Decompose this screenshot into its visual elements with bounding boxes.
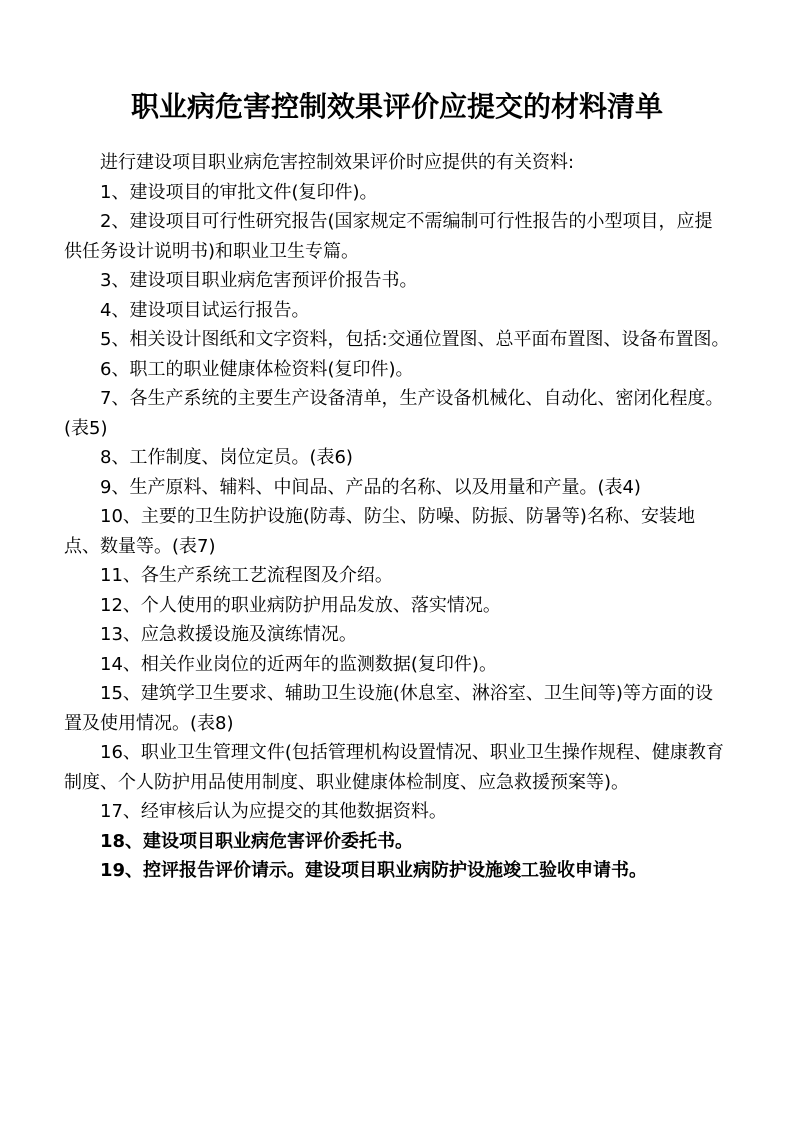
intro-paragraph: 进行建设项目职业病危害控制效果评价时应提供的有关资料: — [64, 148, 730, 178]
list-item-9: 9、生产原料、辅料、中间品、产品的名称、以及用量和产量。(表4) — [64, 473, 730, 503]
list-item-3: 3、建设项目职业病危害预评价报告书。 — [64, 266, 730, 296]
list-item-12: 12、个人使用的职业病防护用品发放、落实情况。 — [64, 591, 730, 621]
list-item-14: 14、相关作业岗位的近两年的监测数据(复印件)。 — [64, 650, 730, 680]
list-item-4: 4、建设项目试运行报告。 — [64, 296, 730, 326]
list-item-8: 8、工作制度、岗位定员。(表6) — [64, 443, 730, 473]
list-item-1: 1、建设项目的审批文件(复印件)。 — [64, 178, 730, 208]
list-item-6: 6、职工的职业健康体检资料(复印件)。 — [64, 355, 730, 385]
list-item-13: 13、应急救援设施及演练情况。 — [64, 620, 730, 650]
list-item-17: 17、经审核后认为应提交的其他数据资料。 — [64, 797, 730, 827]
list-item-18: 18、建设项目职业病危害评价委托书。 — [64, 827, 730, 857]
list-item-5: 5、相关设计图纸和文字资料，包括:交通位置图、总平面布置图、设备布置图。 — [64, 325, 730, 355]
list-item-11: 11、各生产系统工艺流程图及介绍。 — [64, 561, 730, 591]
document-title: 职业病危害控制效果评价应提交的材料清单 — [64, 88, 730, 126]
list-item-19: 19、控评报告评价请示。建设项目职业病防护设施竣工验收申请书。 — [64, 856, 730, 886]
list-item-15: 15、建筑学卫生要求、辅助卫生设施(休息室、淋浴室、卫生间等)等方面的设置及使用… — [64, 679, 730, 738]
document-page: 职业病危害控制效果评价应提交的材料清单 进行建设项目职业病危害控制效果评价时应提… — [0, 0, 794, 1123]
list-item-10: 10、主要的卫生防护设施(防毒、防尘、防噪、防振、防暑等)名称、安装地点、数量等… — [64, 502, 730, 561]
list-item-7: 7、各生产系统的主要生产设备清单，生产设备机械化、自动化、密闭化程度。(表5) — [64, 384, 730, 443]
list-item-2: 2、建设项目可行性研究报告(国家规定不需编制可行性报告的小型项目，应提供任务设计… — [64, 207, 730, 266]
list-item-16: 16、职业卫生管理文件(包括管理机构设置情况、职业卫生操作规程、健康教育制度、个… — [64, 738, 730, 797]
